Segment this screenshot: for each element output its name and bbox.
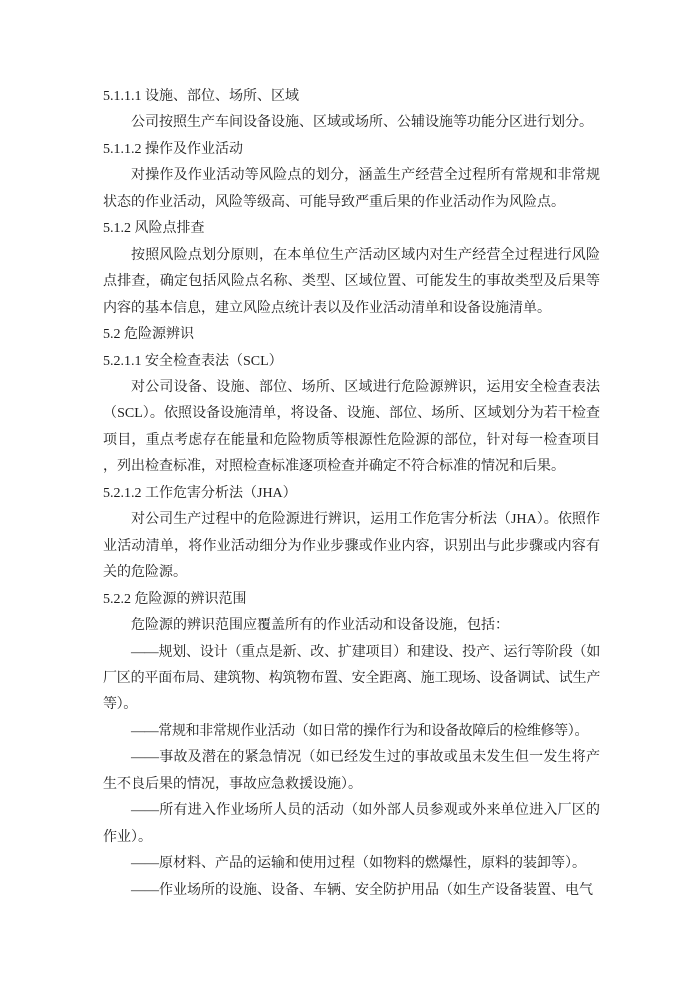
section-heading-5-2: 5.2 危险源辨识	[103, 322, 600, 348]
document-page: 5.1.1.1 设施、部位、场所、区域 公司按照生产车间设备设施、区域或场所、公…	[103, 84, 600, 904]
dash-list-item: ——作业场所的设施、设备、车辆、安全防护用品（如生产设备装置、电气	[103, 878, 600, 904]
section-heading-5-2-2: 5.2.2 危险源的辨识范围	[103, 587, 600, 613]
dash-list-item: ——原材料、产品的运输和使用过程（如物料的燃爆性，原料的装卸等）。	[103, 851, 600, 877]
paragraph: 按照风险点划分原则，在本单位生产活动区域内对生产经营全过程进行风险点排查，确定包…	[103, 243, 600, 322]
dash-list-item: ——规划、设计（重点是新、改、扩建项目）和建设、投产、运行等阶段（如厂区的平面布…	[103, 640, 600, 719]
section-heading-5-1-2: 5.1.2 风险点排查	[103, 216, 600, 242]
dash-list-item: ——常规和非常规作业活动（如日常的操作行为和设备故障后的检维修等）。	[103, 719, 600, 745]
dash-list-item: ——所有进入作业场所人员的活动（如外部人员参观或外来单位进入厂区的作业）。	[103, 798, 600, 851]
paragraph: 对公司生产过程中的危险源进行辨识，运用工作危害分析法（JHA）。依照作业活动清单…	[103, 507, 600, 586]
paragraph: 对操作及作业活动等风险点的划分，涵盖生产经营全过程所有常规和非常规状态的作业活动…	[103, 163, 600, 216]
paragraph: 危险源的辨识范围应覆盖所有的作业活动和设备设施，包括：	[103, 613, 600, 639]
dash-list-item: ——事故及潜在的紧急情况（如已经发生过的事故或虽未发生但一发生将产生不良后果的情…	[103, 745, 600, 798]
paragraph: 公司按照生产车间设备设施、区域或场所、公辅设施等功能分区进行划分。	[103, 110, 600, 136]
paragraph: 对公司设备、设施、部位、场所、区域进行危险源辨识，运用安全检查表法（SCL）。依…	[103, 375, 600, 481]
section-heading-5-2-1-2: 5.2.1.2 工作危害分析法（JHA）	[103, 481, 600, 507]
section-heading-5-1-1-2: 5.1.1.2 操作及作业活动	[103, 137, 600, 163]
section-heading-5-2-1-1: 5.2.1.1 安全检查表法（SCL）	[103, 349, 600, 375]
section-heading-5-1-1-1: 5.1.1.1 设施、部位、场所、区域	[103, 84, 600, 110]
